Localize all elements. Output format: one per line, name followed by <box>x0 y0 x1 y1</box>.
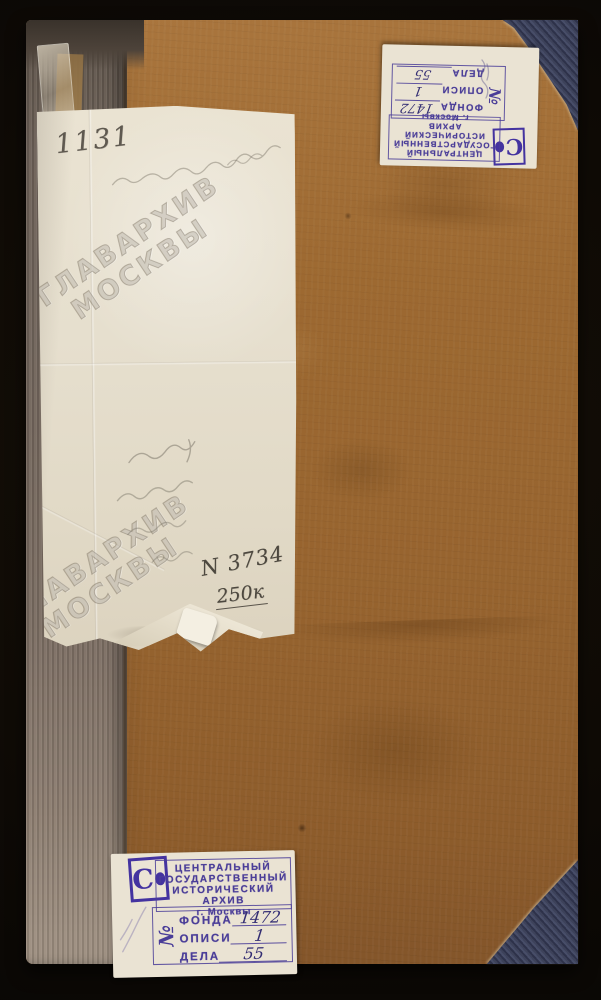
pasted-paper-label: ГЛАВАРХИВ МОСКВЫ ГЛАВАРХИВ МОСКВЫ 1131 N… <box>37 104 302 655</box>
field-label: ФОНДА <box>439 101 483 113</box>
field-value: 1472 <box>394 100 441 114</box>
photo-background: ГЛАВАРХИВ МОСКВЫ ГЛАВАРХИВ МОСКВЫ 1131 N… <box>0 0 601 1000</box>
field-value: 1 <box>394 83 442 97</box>
stamp-letter: С <box>131 863 155 895</box>
paper-crease <box>40 360 298 366</box>
faint-purple-marks <box>116 901 151 958</box>
org-name-line: ИСТОРИЧЕСКИЙ АРХИВ <box>389 120 499 140</box>
org-stamp: ЦЕНТРАЛЬНЫЙ ГОСУДАРСТВЕННЫЙ ИСТОРИЧЕСКИЙ… <box>388 114 501 162</box>
field-label: ФОНДА <box>179 914 233 927</box>
water-stain-top <box>325 182 568 254</box>
field-label: ОПИСИ <box>179 932 231 945</box>
field-value: 1472 <box>232 909 288 926</box>
corner-cloth-texture <box>480 858 578 964</box>
pencil-price: 250к <box>213 580 267 610</box>
corner-cloth-bottom-right <box>480 858 578 964</box>
field-value: 55 <box>219 945 289 962</box>
archive-label-top: С ЦЕНТРАЛЬНЫЙ ГОСУДАРСТВЕННЫЙ ИСТОРИЧЕСК… <box>380 44 540 169</box>
faint-handwriting-top <box>107 142 298 199</box>
field-value: 1 <box>231 927 289 944</box>
archive-label-bottom: С ЦЕНТРАЛЬНЫЙ ГОСУДАРСТВЕННЫЙ ИСТОРИЧЕСК… <box>111 850 298 978</box>
stamp-letter: С <box>505 133 523 160</box>
label-fields: № ФОНДА 1472 ОПИСИ 1 ДЕЛА 55 <box>152 904 293 965</box>
field-row-delo: ДЕЛА 55 <box>158 944 288 964</box>
field-value: 55 <box>395 66 452 80</box>
field-label: ДЕЛА <box>180 951 220 964</box>
numero-sign: № <box>154 925 178 947</box>
faint-vertical-note <box>474 56 492 102</box>
